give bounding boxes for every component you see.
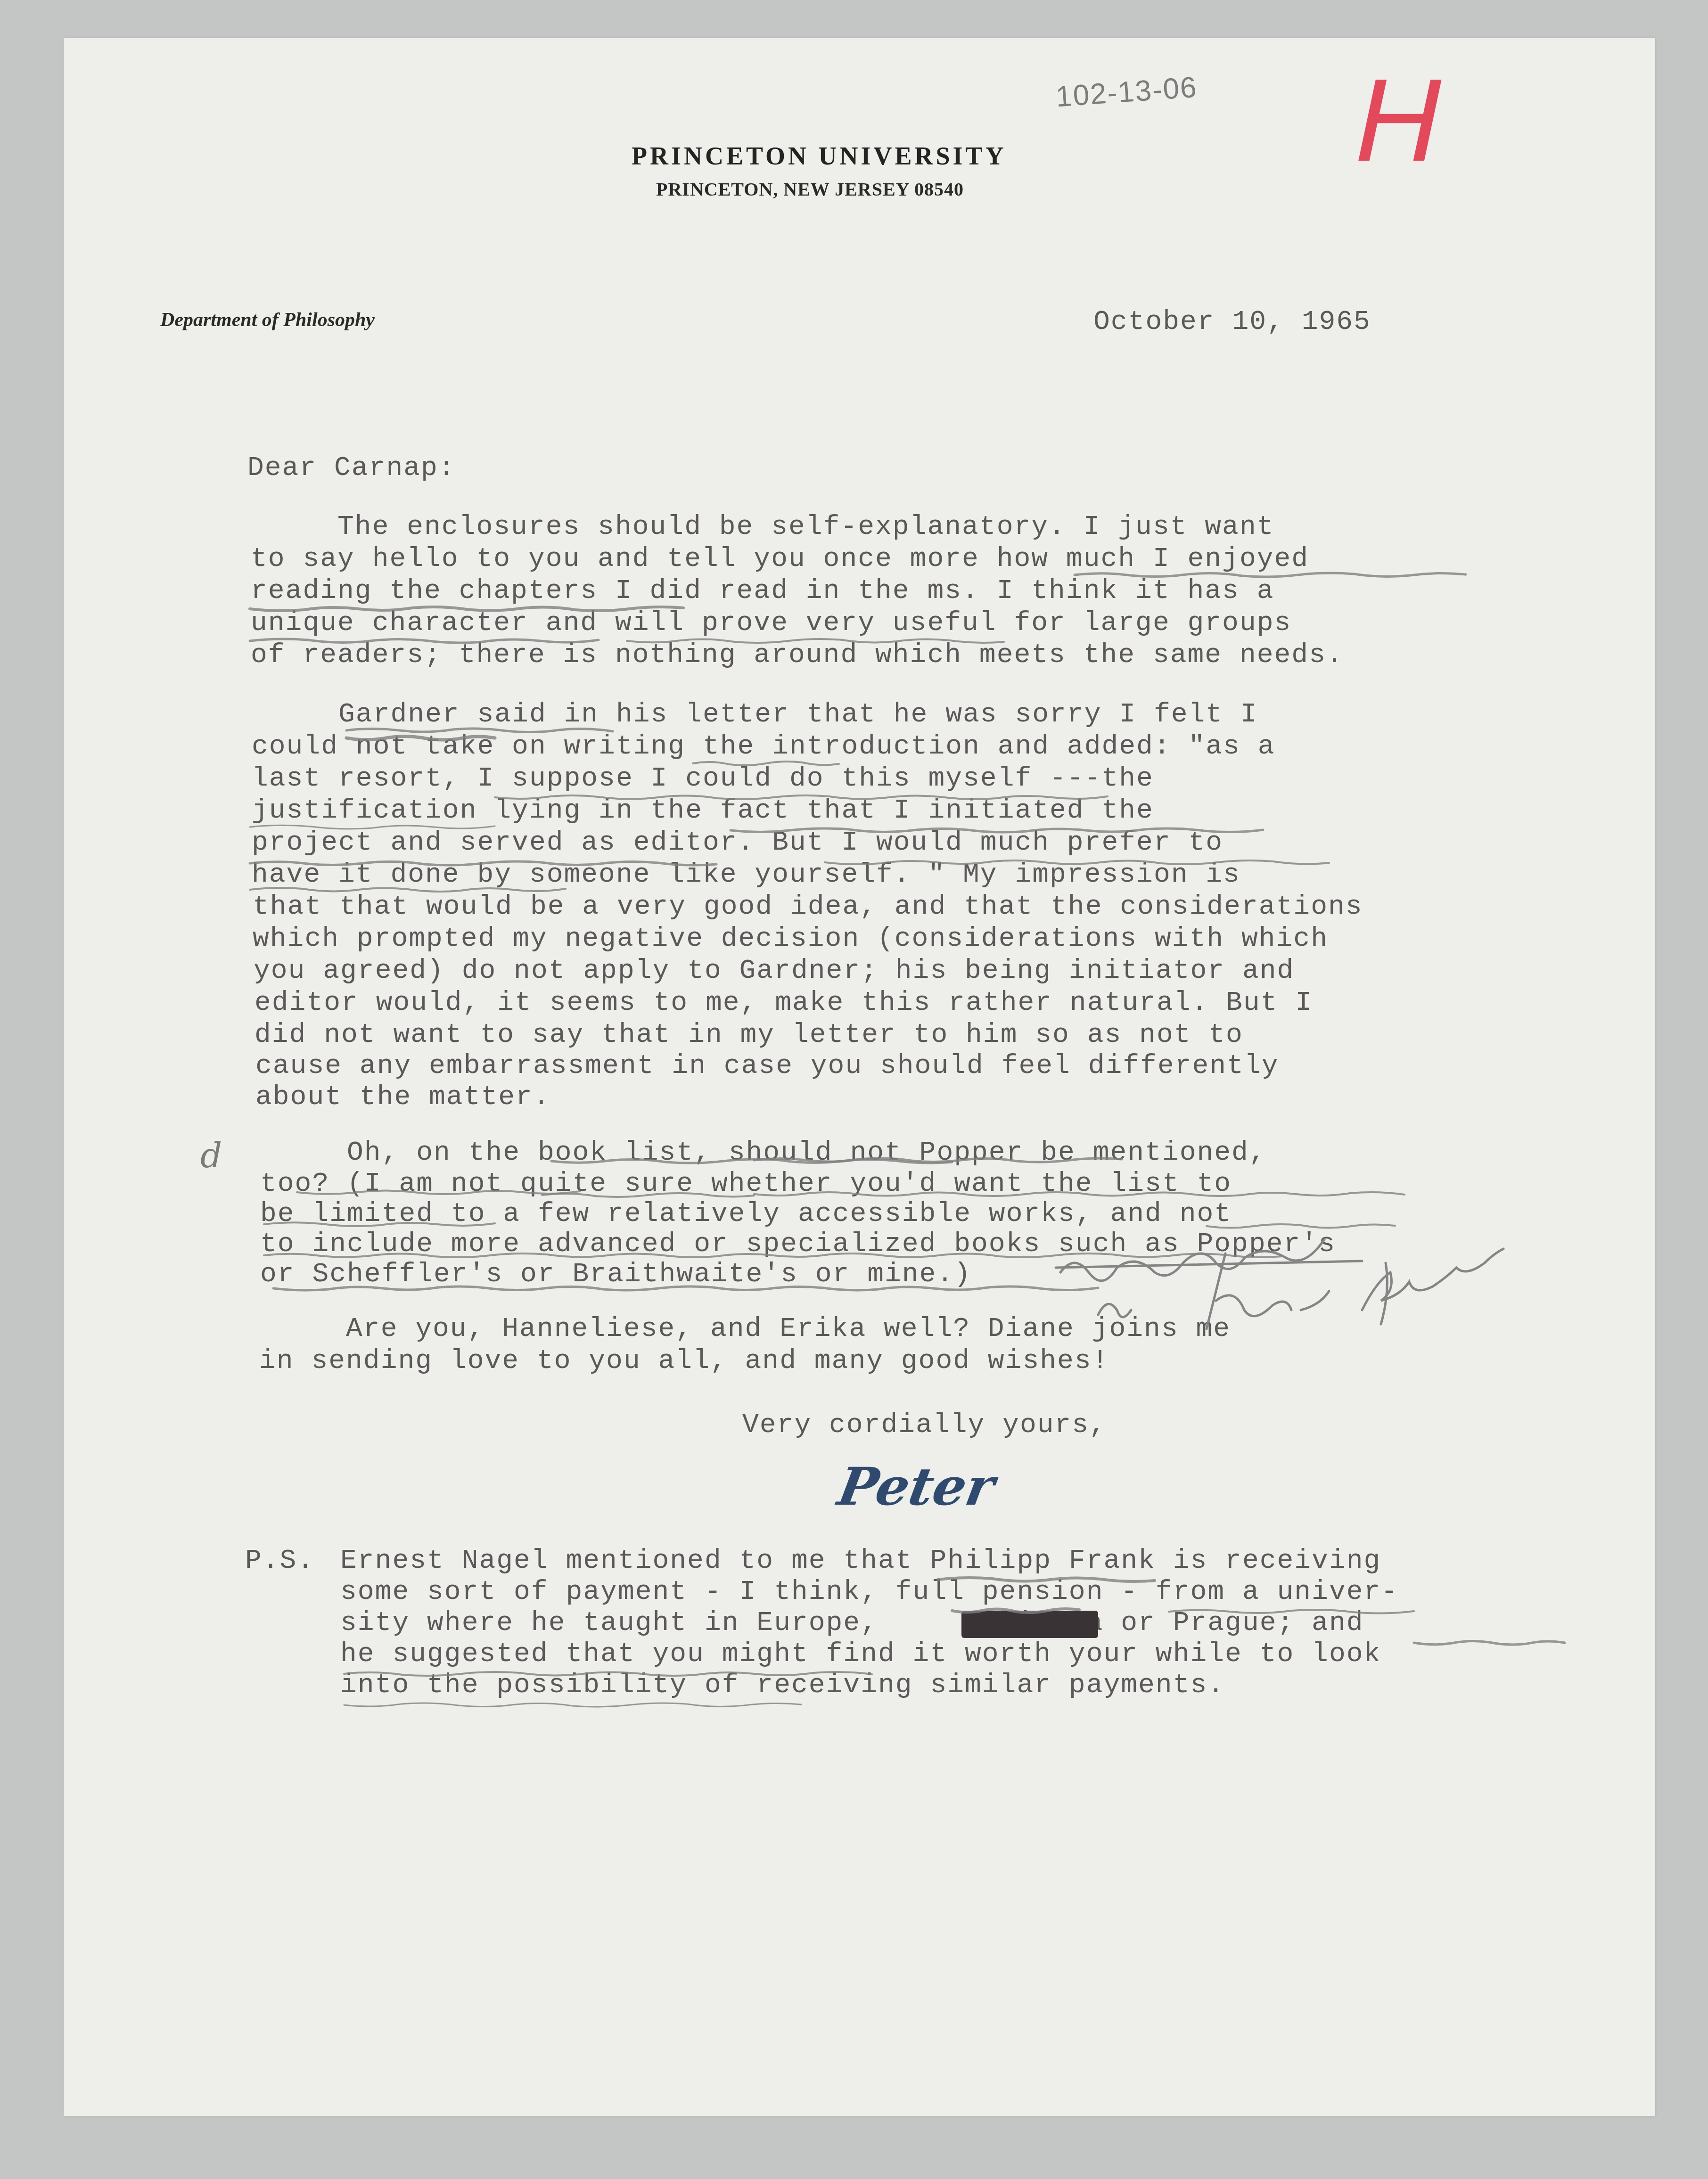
struck-out-text [961, 1611, 1098, 1638]
text-line: to say hello to you and tell you once mo… [251, 546, 1309, 573]
text-line: could not take on writing the introducti… [252, 733, 1275, 761]
text-line: he suggested that you might find it wort… [340, 1641, 1381, 1668]
text-line: of readers; there is nothing around whic… [251, 642, 1344, 669]
text-line: or Scheffler's or Braithwaite's or mine.… [260, 1261, 971, 1288]
text-line: have it done by someone like yourself. "… [252, 861, 1240, 889]
text-line: some sort of payment - I think, full pen… [340, 1579, 1398, 1606]
margin-pencil-mark: d [200, 1136, 222, 1175]
text-line: cause any embarrassment in case you shou… [255, 1053, 1279, 1080]
letter-date: October 10, 1965 [1093, 309, 1371, 336]
text-line: project and served as editor. But I woul… [252, 829, 1223, 857]
text-line: you agreed) do not apply to Gardner; his… [254, 958, 1294, 985]
salutation: Dear Carnap: [247, 455, 456, 482]
text-line: unique character and will prove very use… [251, 610, 1291, 637]
closing: Very cordially yours, [742, 1412, 1107, 1439]
letterhead-address: PRINCETON, NEW JERSEY 08540 [656, 178, 964, 200]
letterhead-institution: PRINCETON UNIVERSITY [632, 141, 1007, 171]
letterhead-department: Department of Philosophy [160, 309, 375, 331]
text-line: Are you, Hanneliese, and Erika well? Dia… [259, 1316, 1231, 1343]
signature: Peter [834, 1456, 999, 1517]
text-line: justification lying in the fact that I i… [252, 797, 1154, 825]
text-line: which prompted my negative decision (con… [253, 926, 1328, 953]
text-line: last resort, I suppose I could do this m… [252, 765, 1154, 793]
text-line: in sending love to you all, and many goo… [259, 1348, 1109, 1375]
text-line: too? (I am not quite sure whether you'd … [260, 1171, 1232, 1198]
text-line: Oh, on the book list, should not Popper … [260, 1139, 1266, 1167]
text-line: sity where he taught in Europe, Vienna o… [340, 1610, 1364, 1637]
text-line: that that would be a very good idea, and… [253, 893, 1363, 921]
text-line: be limited to a few relatively accessibl… [260, 1201, 1232, 1228]
text-line: Gardner said in his letter that he was s… [252, 701, 1258, 729]
text-line: into the possibility of receiving simila… [340, 1672, 1225, 1699]
text-line: about the matter. [255, 1084, 550, 1111]
text-line: Ernest Nagel mentioned to me that Philip… [340, 1548, 1381, 1575]
postscript-label: P.S. [245, 1548, 314, 1575]
text-line: The enclosures should be self-explanator… [251, 514, 1274, 541]
text-line: reading the chapters I did read in the m… [251, 578, 1274, 605]
text-line: did not want to say that in my letter to… [255, 1022, 1243, 1049]
text-line: editor would, it seems to me, make this … [255, 990, 1313, 1017]
